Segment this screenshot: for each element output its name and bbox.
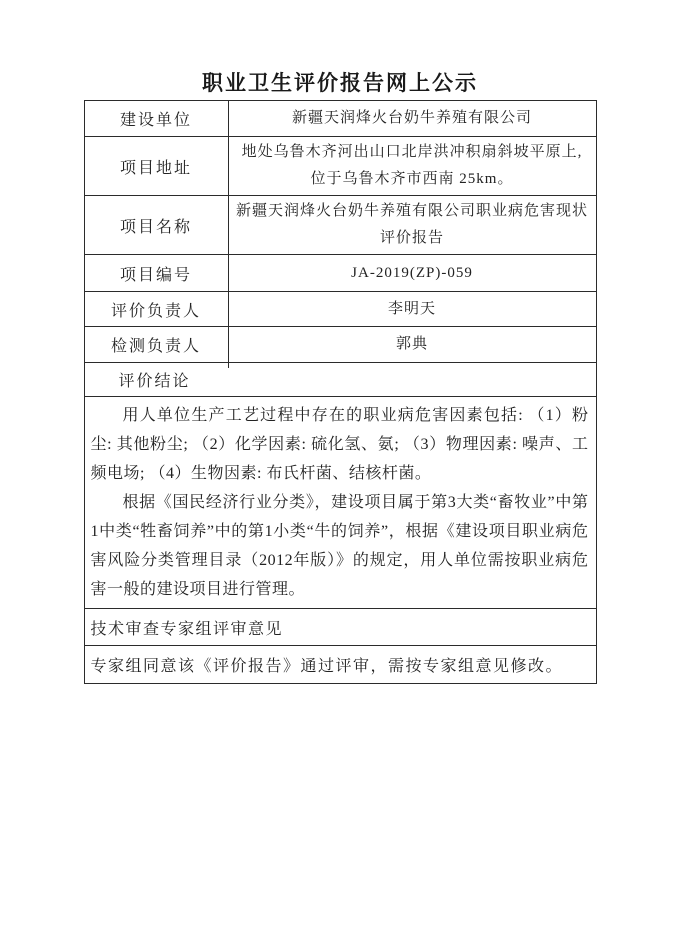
document-page: 职业卫生评价报告网上公示 建设单位 新疆天润烽火台奶牛养殖有限公司 项目地址 地… [0, 0, 680, 938]
testing-leader-value: 郭典 [228, 327, 596, 363]
conclusion-heading-text: 评价结论 [119, 373, 191, 390]
project-name-value: 新疆天润烽火台奶牛养殖有限公司职业病危害现状评价报告 [228, 196, 596, 255]
table-row-project-name: 项目名称 新疆天润烽火台奶牛养殖有限公司职业病危害现状评价报告 [84, 196, 596, 255]
table-row-expert-opinion: 专家组同意该《评价报告》通过评审，需按专家组意见修改。 [84, 646, 596, 684]
table-row-project-number: 项目编号 JA-2019(ZP)-059 [84, 255, 596, 292]
conclusion-body: 用人单位生产工艺过程中存在的职业病危害因素包括: （1）粉尘: 其他粉尘; （2… [84, 397, 596, 609]
conclusion-heading: 评价结论 [84, 363, 596, 397]
project-number-value: JA-2019(ZP)-059 [228, 255, 596, 292]
table-row-evaluation-leader: 评价负责人 李明天 [84, 292, 596, 327]
evaluation-leader-value: 李明天 [228, 292, 596, 327]
table-row-conclusion-body: 用人单位生产工艺过程中存在的职业病危害因素包括: （1）粉尘: 其他粉尘; （2… [84, 397, 596, 609]
expert-review-opinion: 专家组同意该《评价报告》通过评审，需按专家组意见修改。 [84, 646, 596, 684]
report-table: 建设单位 新疆天润烽火台奶牛养殖有限公司 项目地址 地处乌鲁木齐河出山口北岸洪冲… [84, 100, 597, 684]
conclusion-paragraph-hazard-factors: 用人单位生产工艺过程中存在的职业病危害因素包括: （1）粉尘: 其他粉尘; （2… [91, 401, 589, 488]
table-row-construction-unit: 建设单位 新疆天润烽火台奶牛养殖有限公司 [84, 101, 596, 137]
project-address-value: 地处乌鲁木齐河出山口北岸洪冲积扇斜坡平原上,位于乌鲁木齐市西南 25km。 [228, 137, 596, 196]
table-row-project-address: 项目地址 地处乌鲁木齐河出山口北岸洪冲积扇斜坡平原上,位于乌鲁木齐市西南 25k… [84, 137, 596, 196]
project-number-label: 项目编号 [84, 255, 228, 292]
project-name-label: 项目名称 [84, 196, 228, 255]
construction-unit-label: 建设单位 [84, 101, 228, 137]
conclusion-paragraph-classification: 根据《国民经济行业分类》，建设项目属于第3大类“畜牧业”中第1中类“牲畜饲养”中… [91, 488, 589, 604]
page-title: 职业卫生评价报告网上公示 [0, 70, 680, 96]
project-address-label: 项目地址 [84, 137, 228, 196]
column-divider-tick [228, 363, 229, 368]
construction-unit-value: 新疆天润烽火台奶牛养殖有限公司 [228, 101, 596, 137]
evaluation-leader-label: 评价负责人 [84, 292, 228, 327]
table-row-conclusion-heading: 评价结论 [84, 363, 596, 397]
table-row-testing-leader: 检测负责人 郭典 [84, 327, 596, 363]
expert-review-heading: 技术审查专家组评审意见 [84, 609, 596, 646]
table-row-expert-heading: 技术审查专家组评审意见 [84, 609, 596, 646]
testing-leader-label: 检测负责人 [84, 327, 228, 363]
